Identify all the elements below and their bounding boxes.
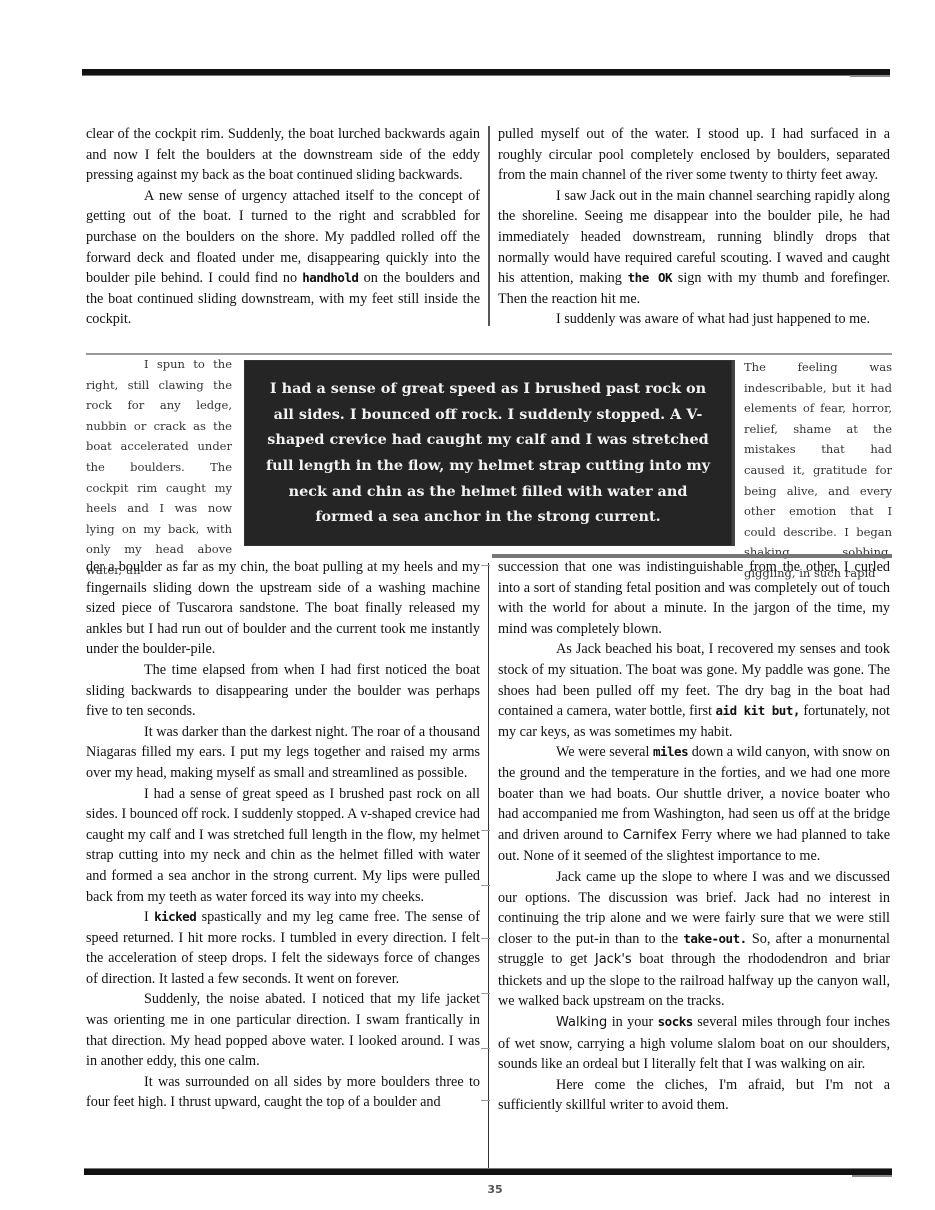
paragraph: Walking in your socks several miles thro… (498, 1012, 890, 1075)
divider-tick (481, 1048, 490, 1049)
paragraph: I had a sense of great speed as I brushe… (86, 784, 480, 908)
ocr-word: Carnifex (623, 828, 677, 843)
sidebar-left-text: I spun to the right, still clawing the r… (86, 354, 232, 581)
left-column-top: clear of the cockpit rim. Suddenly, the … (86, 124, 480, 330)
paragraph: I kicked spastically and my leg came fre… (86, 907, 480, 989)
paragraph: The time elapsed from when I had first n… (86, 660, 480, 722)
column-divider-bottom (488, 563, 489, 1170)
paragraph: I suddenly was aware of what had just ha… (498, 309, 890, 330)
text-run: I (144, 909, 154, 925)
paragraph: As Jack beached his boat, I recovered my… (498, 639, 890, 742)
ocr-word: aid kit but, (716, 703, 800, 718)
paragraph: I spun to the right, still clawing the r… (86, 354, 232, 581)
paragraph: succession that one was indistinguishabl… (498, 557, 890, 639)
text-run: in your (607, 1014, 657, 1030)
divider-tick (481, 885, 490, 886)
paragraph: A new sense of urgency attached itself t… (86, 186, 480, 330)
paragraph: clear of the cockpit rim. Suddenly, the … (86, 124, 480, 186)
page-number: 35 (480, 1183, 510, 1196)
pull-quote-box: I had a sense of great speed as I brushe… (244, 360, 735, 546)
paragraph: It was darker than the darkest night. Th… (86, 722, 480, 784)
paragraph: I saw Jack out in the main channel searc… (498, 186, 890, 310)
right-column-bottom: succession that one was indistinguishabl… (498, 557, 890, 1116)
paragraph: Jack came up the slope to where I was an… (498, 867, 890, 1012)
divider-tick (481, 565, 490, 566)
divider-tick (481, 1100, 490, 1101)
ocr-word: handhold (302, 270, 358, 285)
ocr-word: miles (653, 744, 688, 759)
pull-quote-text: I had a sense of great speed as I brushe… (263, 376, 713, 530)
text-run: We were several (556, 744, 653, 760)
top-rule (82, 69, 890, 76)
ocr-word: socks (658, 1014, 693, 1029)
paragraph: Suddenly, the noise abated. I noticed th… (86, 989, 480, 1071)
right-column-top: pulled myself out of the water. I stood … (498, 124, 890, 330)
divider-tick (481, 938, 490, 939)
paragraph: Here come the cliches, I'm afraid, but I… (498, 1075, 890, 1116)
paragraph: It was surrounded on all sides by more b… (86, 1072, 480, 1113)
paragraph: pulled myself out of the water. I stood … (498, 124, 890, 186)
divider-tick (481, 830, 490, 831)
bottom-rule (84, 1168, 892, 1175)
ocr-word: the OK (628, 270, 672, 285)
ocr-word: kicked (154, 909, 196, 924)
left-column-bottom: der a boulder as far as my chin, the boa… (86, 557, 480, 1113)
column-divider-top (488, 126, 490, 326)
ocr-word: Jack's (595, 952, 632, 967)
ocr-word: Walking (556, 1015, 607, 1030)
sidebar-right-text: The feeling was indescribable, but it ha… (744, 357, 892, 584)
paragraph: The feeling was indescribable, but it ha… (744, 357, 892, 584)
paragraph: der a boulder as far as my chin, the boa… (86, 557, 480, 660)
paragraph: We were several miles down a wild canyon… (498, 742, 890, 867)
divider-tick (481, 993, 490, 994)
ocr-word: take-out. (683, 931, 746, 946)
